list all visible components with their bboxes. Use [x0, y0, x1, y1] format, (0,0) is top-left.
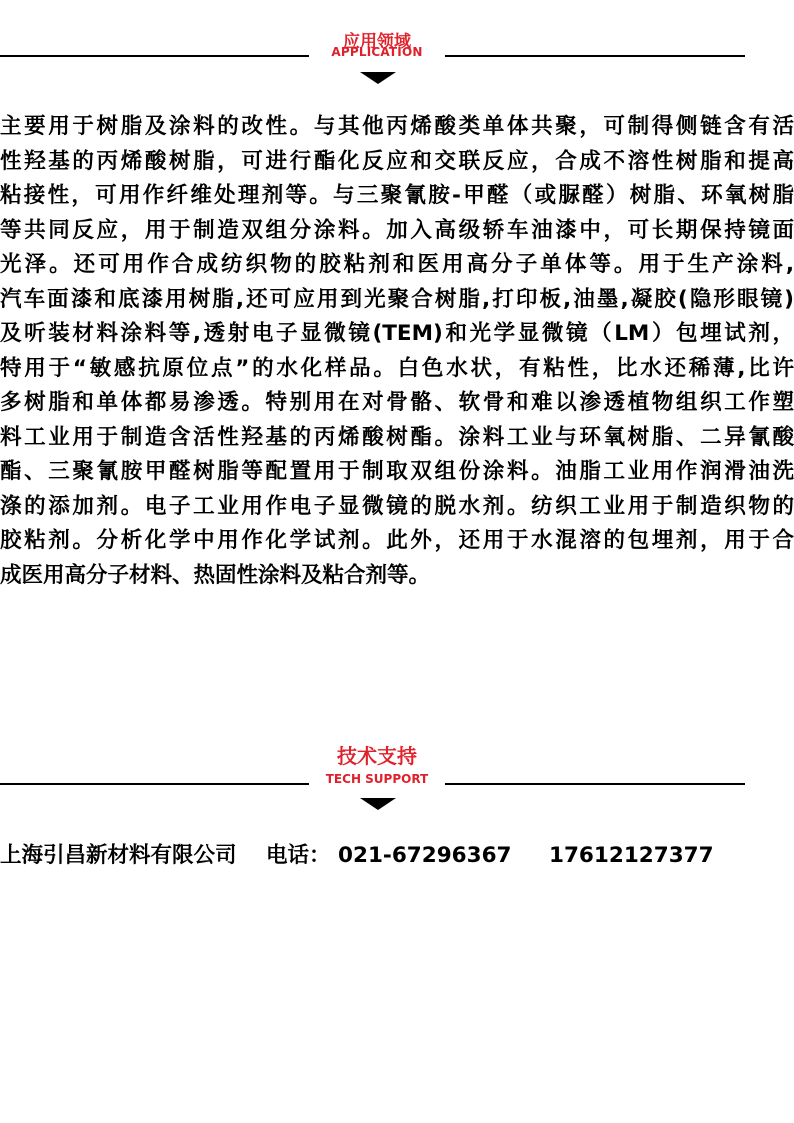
triangle-down-icon	[360, 798, 396, 810]
paragraph-line: 粘接性，可用作纤维处理剂等。与三聚氰胺-甲醛（或脲醛）树脂、环氧树脂	[0, 179, 794, 214]
application-section-header: 应用领域 APPLICATION	[0, 25, 794, 85]
paragraph-line: 及听装材料涂料等,透射电子显微镜(TEM)和光学显微镜（LM）包埋试剂，	[0, 317, 794, 352]
paragraph-line: 特用于“敏感抗原位点”的水化样品。白色水状，有粘性，比水还稀薄,比许	[0, 352, 794, 387]
tech-support-section-header: 技术支持 TECH SUPPORT	[0, 738, 794, 798]
contact-info: 上海引昌新材料有限公司 电话： 021-67296367 17612127377	[0, 838, 714, 869]
paragraph-line: 成医用高分子材料、热固性涂料及粘合剂等。	[0, 559, 794, 594]
paragraph-line: 汽车面漆和底漆用树脂,还可应用到光聚合树脂,打印板,油墨,凝胶(隐形眼镜)	[0, 283, 794, 318]
paragraph-line: 涤的添加剂。电子工业用作电子显微镜的脱水剂。纺织工业用于制造织物的	[0, 490, 794, 525]
paragraph-line: 光泽。还可用作合成纺织物的胶粘剂和医用高分子单体等。用于生产涂料,	[0, 248, 794, 283]
paragraph-line: 酯、三聚氰胺甲醛树脂等配置用于制取双组份涂料。油脂工业用作润滑油洗	[0, 455, 794, 490]
paragraph-line: 胶粘剂。分析化学中用作化学试剂。此外，还用于水混溶的包埋剂，用于合	[0, 524, 794, 559]
phone-mobile: 17612127377	[549, 843, 714, 868]
divider-line-right	[445, 783, 745, 785]
paragraph-line: 主要用于树脂及涂料的改性。与其他丙烯酸类单体共聚，可制得侧链含有活	[0, 110, 794, 145]
divider-line-right	[445, 55, 745, 57]
phone-landline: 021-67296367	[338, 843, 511, 868]
paragraph-line: 性羟基的丙烯酸树脂，可进行酯化反应和交联反应，合成不溶性树脂和提高	[0, 145, 794, 180]
paragraph-line: 多树脂和单体都易渗透。特别用在对骨骼、软骨和难以渗透植物组织工作塑	[0, 386, 794, 421]
phone-label: 电话：	[266, 838, 331, 869]
paragraph-line: 等共同反应，用于制造双组分涂料。加入高级轿车油漆中，可长期保持镜面	[0, 214, 794, 249]
paragraph-line: 料工业用于制造含活性羟基的丙烯酸树酯。涂料工业与环氧树脂、二异氰酸	[0, 421, 794, 456]
triangle-down-icon	[360, 72, 396, 84]
application-paragraph: 主要用于树脂及涂料的改性。与其他丙烯酸类单体共聚，可制得侧链含有活 性羟基的丙烯…	[0, 110, 794, 593]
section-title-cn: 技术支持	[0, 740, 754, 769]
company-name: 上海引昌新材料有限公司	[0, 838, 237, 869]
